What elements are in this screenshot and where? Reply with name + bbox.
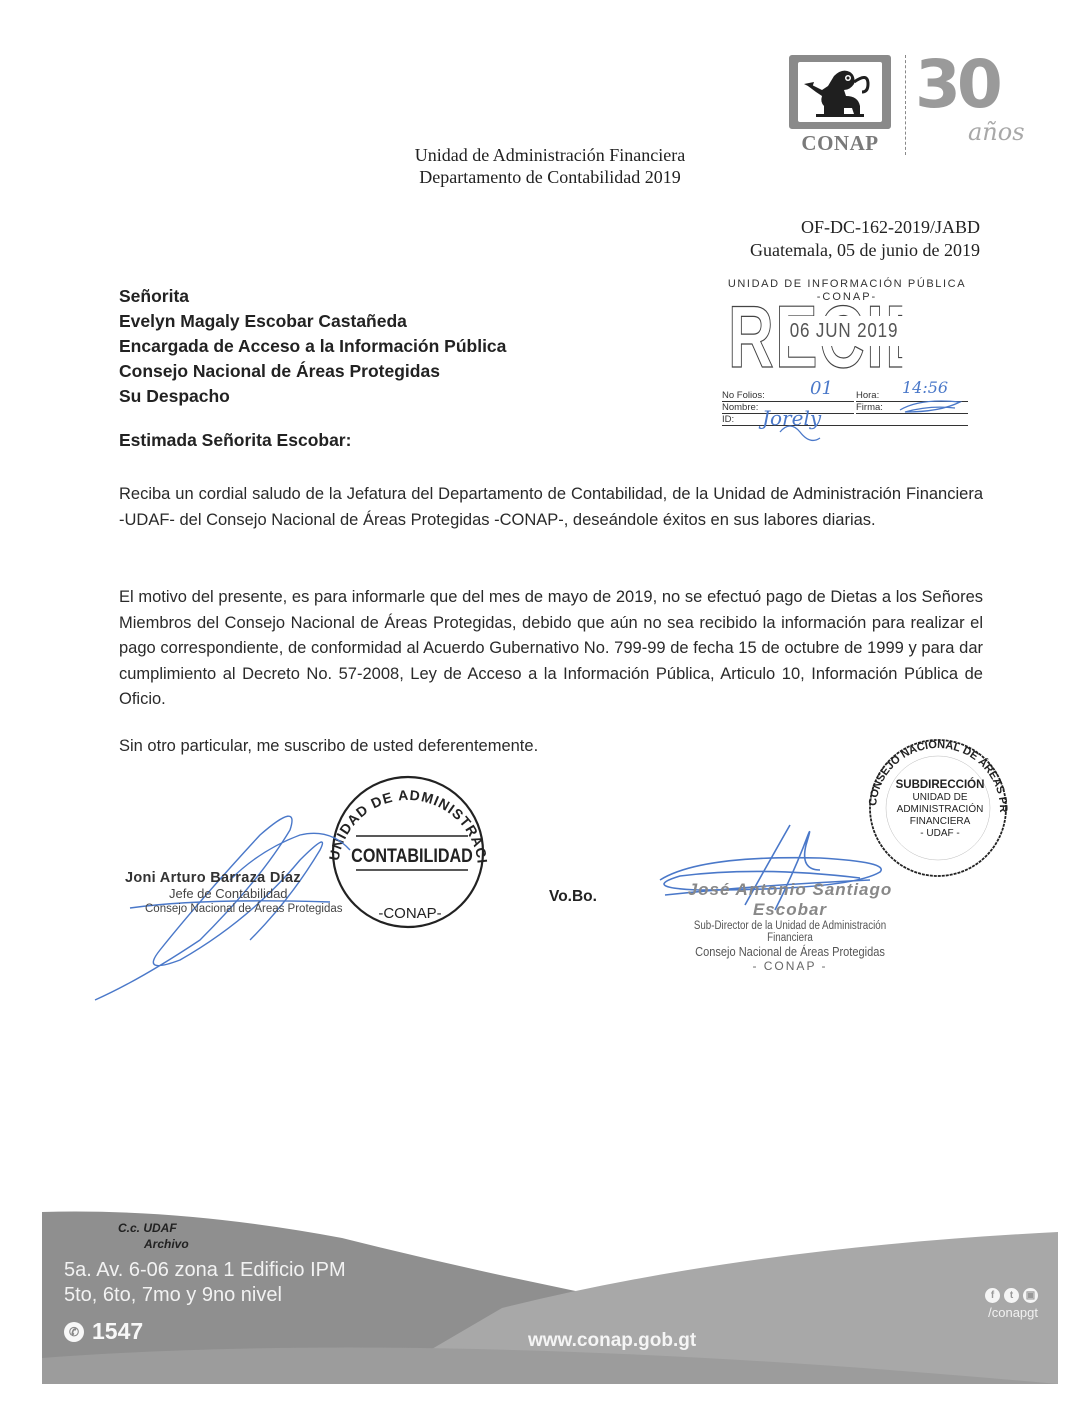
stamp-id-field: ID: [722,414,968,426]
stamp-firma-field: Firma: [856,402,968,414]
monkey-emblem-icon [798,62,882,122]
body-paragraph-main: El motivo del presente, es para informar… [119,585,983,713]
footer-banner: C.c. UDAF Archivo 5a. Av. 6-06 zona 1 Ed… [42,1208,1058,1384]
letterhead: Unidad de Administración Financiera Depa… [330,144,770,188]
signature-left: Joni Arturo Barraza Díaz Jefe de Contabi… [125,870,343,915]
svg-text:- UDAF -: - UDAF - [920,828,959,839]
logo-org-name: CONAP [785,131,895,156]
approver-org: Consejo Nacional de Áreas Protegidas [671,944,909,959]
address-line: 5a. Av. 6-06 zona 1 Edificio IPM [64,1258,346,1283]
addressee-line: Consejo Nacional de Áreas Protegidas [119,359,506,384]
vobo-label: Vo.Bo. [549,888,597,906]
cc-line: C.c. UDAF [118,1220,189,1236]
addressee-line: Evelyn Magaly Escobar Castañeda [119,309,506,334]
handwritten-folios: 01 [810,378,833,399]
signature-right: José Antonio Santiago Escobar Sub-Direct… [650,880,930,973]
logo-inner [798,62,882,122]
approver-abbr: - CONAP - [650,959,930,973]
logo-divider [905,55,906,155]
stamp-title: UNIDAD DE INFORMACIÓN PÚBLICA [722,278,972,290]
reference-number: OF-DC-162-2019/JABD [750,216,980,239]
logo-frame [789,55,891,129]
handwritten-nombre: Jorely [762,406,821,430]
cc-line: Archivo [144,1236,189,1252]
svg-text:SUBDIRECCIÓN: SUBDIRECCIÓN [896,778,985,791]
addressee-block: Señorita Evelyn Magaly Escobar Castañeda… [119,284,506,409]
footer-address: 5a. Av. 6-06 zona 1 Edificio IPM 5to, 6t… [64,1258,346,1308]
addressee-line: Señorita [119,284,506,309]
phone-number: 1547 [92,1318,143,1345]
salutation: Estimada Señorita Escobar: [119,430,351,451]
body-paragraph-greeting: Reciba un cordial saludo de la Jefatura … [119,482,983,533]
social-handle[interactable]: /conapgt [985,1305,1038,1320]
footer-website-link[interactable]: www.conap.gob.gt [528,1330,696,1352]
stamp-date: 06 JUN 2019 [785,316,904,346]
place-date: Guatemala, 05 de junio de 2019 [750,239,980,262]
anniversary-word: años [968,118,1025,146]
svg-text:FINANCIERA: FINANCIERA [910,816,971,827]
unit-name: Unidad de Administración Financiera [330,144,770,166]
phone-icon: ✆ [64,1322,84,1342]
conap-logo: CONAP [785,55,895,157]
svg-text:CONTABILIDAD: CONTABILIDAD [351,845,473,867]
instagram-icon[interactable]: ▣ [1023,1288,1038,1303]
department-name: Departamento de Contabilidad 2019 [330,166,770,188]
anniversary-number: 30 [915,52,999,118]
footer-phone: ✆ 1547 [64,1318,143,1345]
reference-block: OF-DC-162-2019/JABD Guatemala, 05 de jun… [750,216,980,262]
signer-name: Joni Arturo Barraza Díaz [125,870,343,886]
approver-title: Sub-Director de la Unidad de Administrac… [671,920,909,944]
contabilidad-seal: UNIDAD DE ADMINISTRACION FINANCIERA CONT… [0,0,491,927]
received-stamp: UNIDAD DE INFORMACIÓN PÚBLICA -CONAP- RE… [722,278,972,448]
addressee-line: Su Despacho [119,384,506,409]
facebook-icon[interactable]: f [985,1288,1000,1303]
signer-org: Consejo Nacional de Áreas Protegidas [145,903,343,915]
stamp-folios-field: No Folios: [722,390,854,402]
body-paragraph-closing: Sin otro particular, me suscribo de uste… [119,734,983,760]
svg-text:UNIDAD DE: UNIDAD DE [912,792,967,803]
handwritten-hora: 14:56 [902,378,948,397]
svg-text:-CONAP-: -CONAP- [378,905,441,922]
svg-text:ADMINISTRACIÓN: ADMINISTRACIÓN [897,802,984,815]
cc-block: C.c. UDAF Archivo [118,1220,189,1252]
signer-title: Jefe de Contabilidad [169,886,343,901]
footer-social: f t ▣ /conapgt [985,1288,1038,1320]
approver-name: José Antonio Santiago Escobar [650,880,930,920]
twitter-icon[interactable]: t [1004,1288,1019,1303]
address-line: 5to, 6to, 7mo y 9no nivel [64,1283,346,1308]
addressee-line: Encargada de Acceso a la Información Púb… [119,334,506,359]
